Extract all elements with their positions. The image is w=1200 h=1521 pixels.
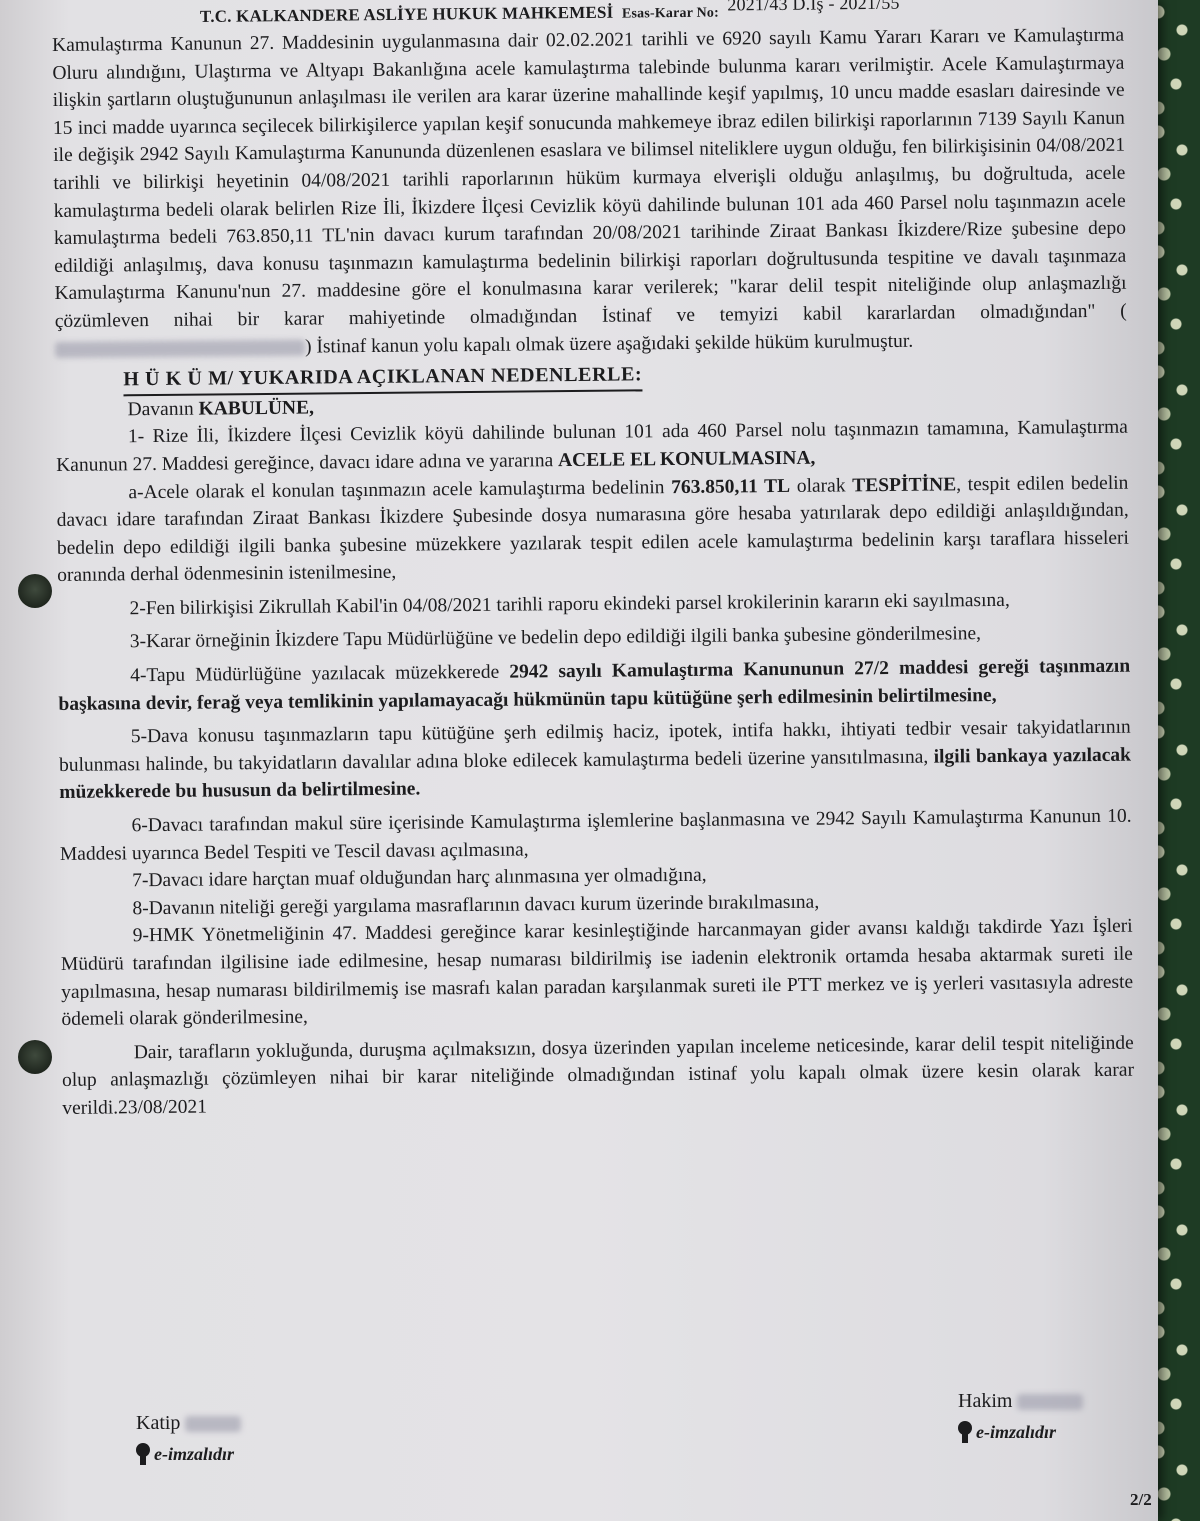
judge-label: Hakim: [958, 1390, 1012, 1412]
verdict-item-1: 1- Rize İli, İkizdere İlçesi Cevizlik kö…: [56, 414, 1128, 479]
seal-icon: [958, 1421, 972, 1443]
verdict-heading: H Ü K Ü M/ YUKARIDA AÇIKLANAN NEDENLERLE…: [123, 361, 642, 396]
judge-signature: Hakim e-imzalıdır: [958, 1390, 1083, 1443]
case-label: Esas-Karar No:: [622, 6, 719, 22]
verdict-item-1a: a-Acele olarak el konulan taşınmazın ace…: [56, 469, 1129, 590]
verdict-item-9: 9-HMK Yönetmeliğinin 47. Maddesi gereğin…: [61, 913, 1134, 1034]
intro-paragraph: Kamulaştırma Kanunun 27. Maddesinin uygu…: [52, 22, 1127, 363]
expropriation-amount: 763.850,11 TL: [671, 475, 790, 497]
court-document-page: T.C. KALKANDERE ASLİYE HUKUK MAHKEMESİ E…: [0, 0, 1158, 1521]
judge-name-redacted: [1017, 1394, 1083, 1410]
verdict-item-4: 4-Tapu Müdürlüğüne yazılacak müzekkerede…: [58, 653, 1130, 718]
clerk-label: Katip: [136, 1412, 180, 1434]
case-number: 2021/43 D.İş - 2021/55: [727, 0, 900, 14]
court-name: T.C. KALKANDERE ASLİYE HUKUK MAHKEMESİ: [200, 3, 614, 26]
page-number: 2/2: [1130, 1490, 1152, 1510]
clerk-signature: Katip e-imzalıdır: [136, 1412, 241, 1465]
closing-paragraph: Dair, tarafların yokluğunda, duruşma açı…: [62, 1029, 1135, 1122]
judge-esign-label: e-imzalıdır: [976, 1422, 1056, 1443]
seal-icon: [136, 1443, 150, 1465]
verdict-item-5: 5-Dava konusu taşınmazların tapu kütüğün…: [59, 714, 1132, 807]
clerk-esign-label: e-imzalıdır: [154, 1444, 234, 1465]
punch-hole-top: [18, 574, 52, 608]
verdict-item-6: 6-Davacı tarafından makul süre içerisind…: [59, 803, 1131, 868]
punch-hole-bottom: [18, 1040, 52, 1074]
clerk-name-redacted: [185, 1416, 241, 1432]
document-body: Kamulaştırma Kanunun 27. Maddesinin uygu…: [52, 22, 1134, 1123]
